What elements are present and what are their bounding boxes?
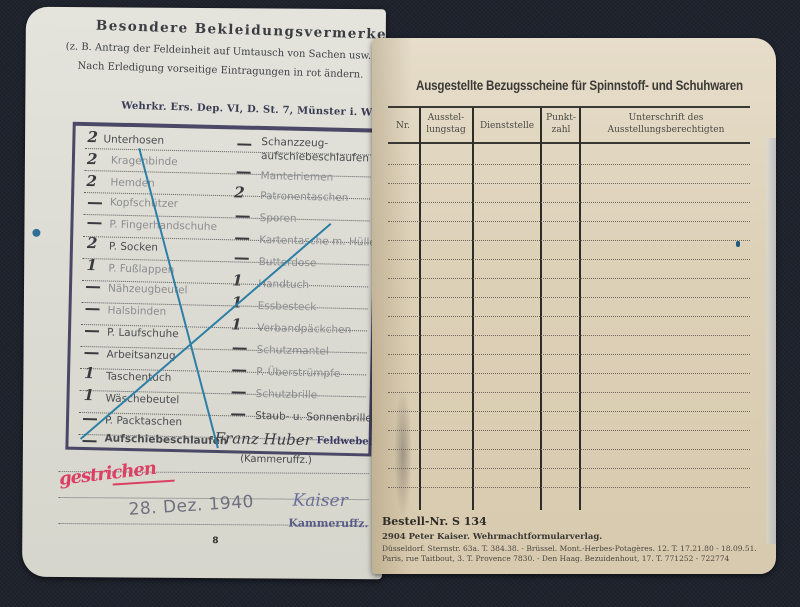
dash-mark [85, 352, 99, 354]
item-label: Arbeitsanzug [106, 349, 175, 363]
column-header-text: Nr. [396, 121, 410, 131]
table-row [388, 202, 750, 203]
dash-mark [235, 237, 249, 239]
table-row [388, 164, 750, 165]
table-row [388, 468, 750, 469]
table-row [388, 297, 750, 298]
dash-mark [86, 286, 100, 288]
dash-mark [83, 440, 97, 442]
left-page: Besondere Bekleidungsvermerke (z. B. Ant… [22, 7, 386, 579]
table-row [388, 221, 750, 222]
item-label: Mantelriemen [260, 170, 333, 184]
item-qty: 2 [234, 183, 245, 201]
dash-mark [237, 171, 251, 173]
column-header-signature: Unterschrift des Ausstellungsberechtigte… [582, 112, 750, 136]
right-page: Ausgestellte Bezugsscheine für Spinnstof… [372, 38, 776, 574]
left-page-subtitle-2: Nach Erledigung vorseitige Eintragungen … [77, 61, 363, 81]
item-label: P. Laufschuhe [107, 327, 179, 341]
table-row [388, 392, 750, 393]
item-label: P. Socken [109, 241, 158, 254]
item-label: P. Überstrümpfe [256, 366, 340, 380]
item-qty: 1 [232, 271, 243, 289]
column-header-text: zahl [542, 124, 580, 136]
table-row [388, 240, 750, 241]
item-qty: 1 [83, 386, 94, 404]
table-row [388, 183, 750, 184]
column-header-date: Ausstel- lungstag [420, 112, 472, 136]
dash-mark [232, 391, 246, 393]
right-page-title: Ausgestellte Bezugsscheine für Spinnstof… [416, 78, 743, 93]
ink-spot [32, 229, 40, 237]
publisher-imprint: 2904 Peter Kaiser. Wehrmachtformularverl… [382, 532, 602, 542]
item-label: Schutzbrille [256, 388, 318, 401]
item-label: Essbesteck [258, 300, 317, 313]
table-row [388, 430, 750, 431]
dash-mark [233, 347, 247, 349]
signature-role: (Kammeruffz.) [240, 454, 312, 467]
dash-mark [85, 330, 99, 332]
item-qty: 2 [87, 234, 98, 252]
signature-rank: Feldwebel [316, 435, 372, 447]
item-label: P. Fußlappen [108, 263, 174, 276]
table-row [388, 316, 750, 317]
column-header-text: lungstag [420, 124, 472, 136]
item-label: Wäschebeutel [105, 393, 179, 407]
unit-stamp: Wehrkr. Ers. Dep. VI, D. St. 7, Münster … [121, 101, 386, 120]
spine-stain [394, 388, 412, 518]
dash-mark [237, 143, 251, 145]
page-edge [766, 138, 776, 544]
table-row [388, 354, 750, 355]
item-qty: 1 [231, 315, 242, 333]
date-stamp: 28. Dez. 1940 [128, 492, 254, 520]
table-row [388, 335, 750, 336]
table-row [388, 411, 750, 412]
dash-mark [235, 257, 249, 259]
item-label: Taschentuch [106, 371, 172, 384]
left-page-title: Besondere Bekleidungsvermerke [96, 18, 386, 43]
dash-mark [88, 202, 102, 204]
item-label: Schanzzeug- [261, 136, 328, 150]
table-top-rule [388, 106, 750, 108]
column-header-text: Ausstel- [420, 112, 472, 124]
item-qty: 1 [84, 364, 95, 382]
item-qty: 2 [87, 150, 98, 168]
column-header-text: Ausstellungsberechtigten [582, 124, 750, 136]
table-row [388, 449, 750, 450]
second-signature: Kaiser [292, 491, 347, 511]
item-qty: 2 [86, 172, 97, 190]
item-label: Schutzmantel [257, 344, 329, 358]
item-label: Unterhosen [103, 133, 164, 146]
publisher-address: Düsseldorf. Sternstr. 63a. T. 384.38. - … [382, 544, 757, 553]
item-qty: 2 [87, 128, 98, 146]
column-header-text: Dienststelle [480, 121, 534, 131]
red-handwritten-note: gestrichen [58, 458, 157, 490]
clothing-list-box: 2 Unterhosen 2 Kragenbinde 2 Hemden Kopf… [65, 122, 378, 457]
dash-mark [83, 418, 97, 420]
column-header-office: Dienststelle [474, 120, 540, 132]
table-row [388, 259, 750, 260]
table-row [388, 487, 750, 488]
left-page-subtitle-1: (z. B. Antrag der Feldeinheit auf Umtaus… [66, 41, 372, 62]
item-label: P. Packtaschen [105, 415, 182, 429]
item-label: Aufschiebeschlaufen [104, 433, 227, 448]
page-number: 8 [212, 536, 218, 546]
column-header-text: Punkt- [542, 112, 580, 124]
table-row [388, 278, 750, 279]
order-number: Bestell-Nr. S 134 [382, 515, 487, 528]
item-label: Patronentaschen [260, 190, 349, 204]
item-qty: 1 [86, 256, 97, 274]
item-label: Kopfschützer [110, 197, 178, 211]
item-label: aufschiebeschlaufen [261, 150, 369, 164]
ink-spot [736, 241, 740, 247]
quartermaster-signature: Franz Huber [214, 429, 312, 449]
item-label: Verbandpäckchen [257, 322, 351, 336]
item-label: Halsbinden [107, 305, 166, 318]
table-row [388, 373, 750, 374]
dash-mark [236, 215, 250, 217]
publisher-address: Paris, rue Taitbout, 3. T. Provence 7830… [382, 554, 729, 563]
item-label: P. Fingerhandschuhe [109, 219, 217, 233]
column-header-nr: Nr. [388, 120, 418, 132]
item-label: Staub- u. Sonnenbrille [255, 410, 372, 425]
column-header-points: Punkt- zahl [542, 112, 580, 136]
table-header-rule [388, 142, 750, 144]
dash-mark [87, 222, 101, 224]
item-label: Sporen [260, 212, 297, 225]
dash-mark [231, 413, 245, 415]
column-header-text: Unterschrift des [582, 112, 750, 124]
dash-mark [86, 308, 100, 310]
second-signature-rank: Kammeruffz. [288, 517, 368, 531]
dash-mark [232, 369, 246, 371]
